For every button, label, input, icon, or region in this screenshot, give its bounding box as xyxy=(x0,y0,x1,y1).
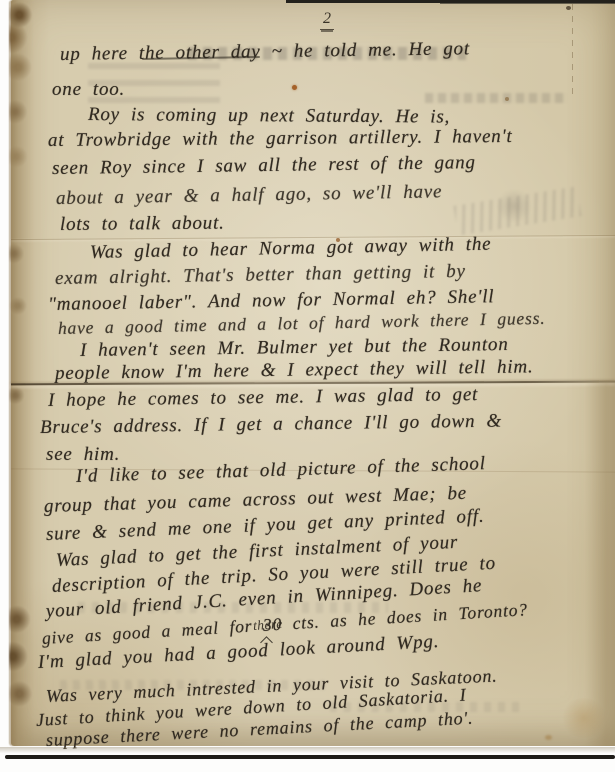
handwritten-line: Roy is coming up next Saturday. He is, xyxy=(88,104,450,129)
fold-crease-vertical xyxy=(572,4,573,96)
scan-edge-line-top xyxy=(440,2,615,4)
corner-stain xyxy=(560,698,608,738)
torn-stained-left-edge xyxy=(9,0,35,746)
page-number: 2 xyxy=(320,10,334,30)
ink-bleed-smudge xyxy=(496,190,532,222)
handwritten-line: see him. xyxy=(46,444,120,466)
handwritten-line: at Trowbridge with the garrison artiller… xyxy=(48,126,513,152)
rust-stain xyxy=(292,85,297,90)
inserted-word: there xyxy=(252,616,283,634)
handwritten-line: one too. xyxy=(52,79,125,101)
ink-bleed-smudge xyxy=(425,93,567,103)
page-curl-shadow xyxy=(585,380,615,746)
letter-scan: 2 up here the other day ~ he told me. He… xyxy=(0,0,615,772)
rust-stain xyxy=(505,97,509,101)
rust-stain xyxy=(566,6,571,10)
paper-bottom-shadow xyxy=(0,747,615,753)
handwritten-line: lots to talk about. xyxy=(60,213,225,236)
rust-stain xyxy=(545,735,552,740)
scan-edge-line-bottom xyxy=(5,755,615,759)
